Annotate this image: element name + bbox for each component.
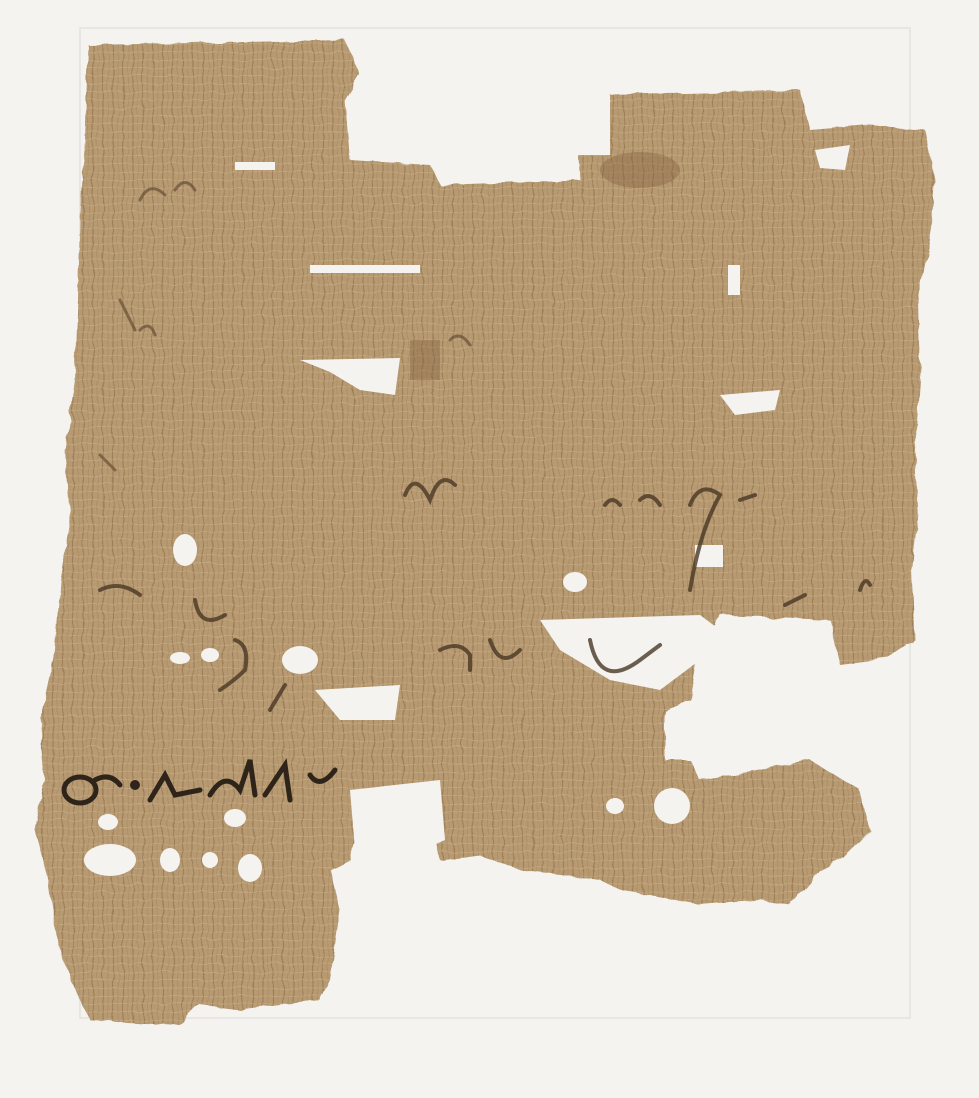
papyrus-fragment: [0, 0, 979, 1098]
papyrus-photo: Papyrus fragment photograph: [0, 0, 979, 1098]
papyrus-body: [35, 40, 935, 1025]
